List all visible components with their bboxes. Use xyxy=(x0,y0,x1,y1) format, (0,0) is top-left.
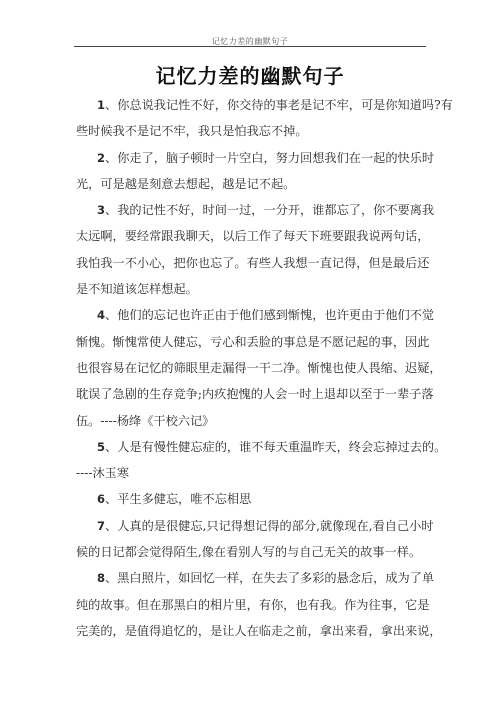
paragraph-number: 1 xyxy=(97,98,105,112)
document-body: 1、你总说我记性不好，你交待的事老是记不牢，可是你知道吗?有 些时候我不是记不牢… xyxy=(76,92,436,644)
paragraph-4: 4、他们的忘记也许正由于他们感到惭愧，也许更由于他们不觉 惭愧。惭愧常使人健忘，… xyxy=(76,302,436,433)
paragraph-number: 2 xyxy=(97,151,105,165)
document-page: 记忆力差的幽默句子 记忆力差的幽默句子 1、你总说我记性不好，你交待的事老是记不… xyxy=(0,0,500,708)
paragraph-number: 7 xyxy=(97,519,105,533)
paragraph-line: 、平生多健忘，唯不忘相思 xyxy=(105,492,251,506)
paragraph-line: 我怕我一不小心，把你也忘了。有些人我想一直记得，但是最后还 xyxy=(76,250,436,276)
paragraph-1: 1、你总说我记性不好，你交待的事老是记不牢，可是你知道吗?有 些时候我不是记不牢… xyxy=(76,92,436,145)
paragraph-line: 、我的记性不好，时间一过，一分开，谁都忘了，你不要离我 xyxy=(105,203,434,217)
paragraph-line: 、黑白照片，如回忆一样，在失去了多彩的悬念后，成为了单 xyxy=(105,571,434,585)
paragraph-line: 候的日记都会觉得陌生,像在看别人写的与自己无关的故事一样。 xyxy=(76,539,436,565)
paragraph-number: 3 xyxy=(97,203,105,217)
paragraph-line: 纯的故事。但在那黑白的相片里，有你，也有我。作为往事，它是 xyxy=(76,592,436,618)
paragraph-line: 、他们的忘记也许正由于他们感到惭愧，也许更由于他们不觉 xyxy=(105,308,434,322)
paragraph-line: 、你总说我记性不好，你交待的事老是记不牢，可是你知道吗?有 xyxy=(105,98,453,112)
paragraph-line: 伍。----杨绛《干校六记》 xyxy=(76,408,436,434)
paragraph-line: 、人是有慢性健忘症的，谁不每天重温昨天，终会忘掉过去的。 xyxy=(105,440,446,454)
paragraph-number: 6 xyxy=(97,492,105,506)
paragraph-line: 光，可是越是刻意去想起，越是记不起。 xyxy=(76,171,436,197)
paragraph-3: 3、我的记性不好，时间一过，一分开，谁都忘了，你不要离我 太远啊，要经常跟我聊天… xyxy=(76,197,436,302)
paragraph-line: 耽误了急剧的生存竞争;内疚抱愧的人会一时上退却以至于一辈子落 xyxy=(76,381,436,407)
header-divider xyxy=(74,46,426,47)
paragraph-6: 6、平生多健忘，唯不忘相思 xyxy=(76,486,436,512)
paragraph-7: 7、人真的是很健忘,只记得想记得的部分,就像现在,看自己小时 候的日记都会觉得陌… xyxy=(76,513,436,566)
paragraph-line: 、你走了，脑子顿时一片空白，努力回想我们在一起的快乐时 xyxy=(105,151,434,165)
paragraph-number: 4 xyxy=(97,308,105,322)
paragraph-2: 2、你走了，脑子顿时一片空白，努力回想我们在一起的快乐时 光，可是越是刻意去想起… xyxy=(76,145,436,198)
paragraph-line: 惭愧。惭愧常使人健忘，亏心和丢脸的事总是不愿记起的事，因此 xyxy=(76,329,436,355)
paragraph-line: 些时候我不是记不牢，我只是怕我忘不掉。 xyxy=(76,118,436,144)
paragraph-line: 完美的，是值得追忆的，是让人在临走之前，拿出来看，拿出来说， xyxy=(76,618,436,644)
paragraph-number: 8 xyxy=(97,571,105,585)
paragraph-line: 太远啊，要经常跟我聊天，以后工作了每天下班要跟我说两句话， xyxy=(76,223,436,249)
paragraph-number: 5 xyxy=(97,440,105,454)
paragraph-8: 8、黑白照片，如回忆一样，在失去了多彩的悬念后，成为了单 纯的故事。但在那黑白的… xyxy=(76,565,436,644)
paragraph-line: 也很容易在记忆的筛眼里走漏得一干二净。惭愧也使人畏缩、迟疑， xyxy=(76,355,436,381)
paragraph-line: 、人真的是很健忘,只记得想记得的部分,就像现在,看自己小时 xyxy=(105,519,434,533)
paragraph-line: 是不知道该怎样想起。 xyxy=(76,276,436,302)
paragraph-5: 5、人是有慢性健忘症的，谁不每天重温昨天，终会忘掉过去的。 ----沐玉寒 xyxy=(76,434,436,487)
paragraph-line: ----沐玉寒 xyxy=(76,460,436,486)
page-title: 记忆力差的幽默句子 xyxy=(0,60,500,89)
